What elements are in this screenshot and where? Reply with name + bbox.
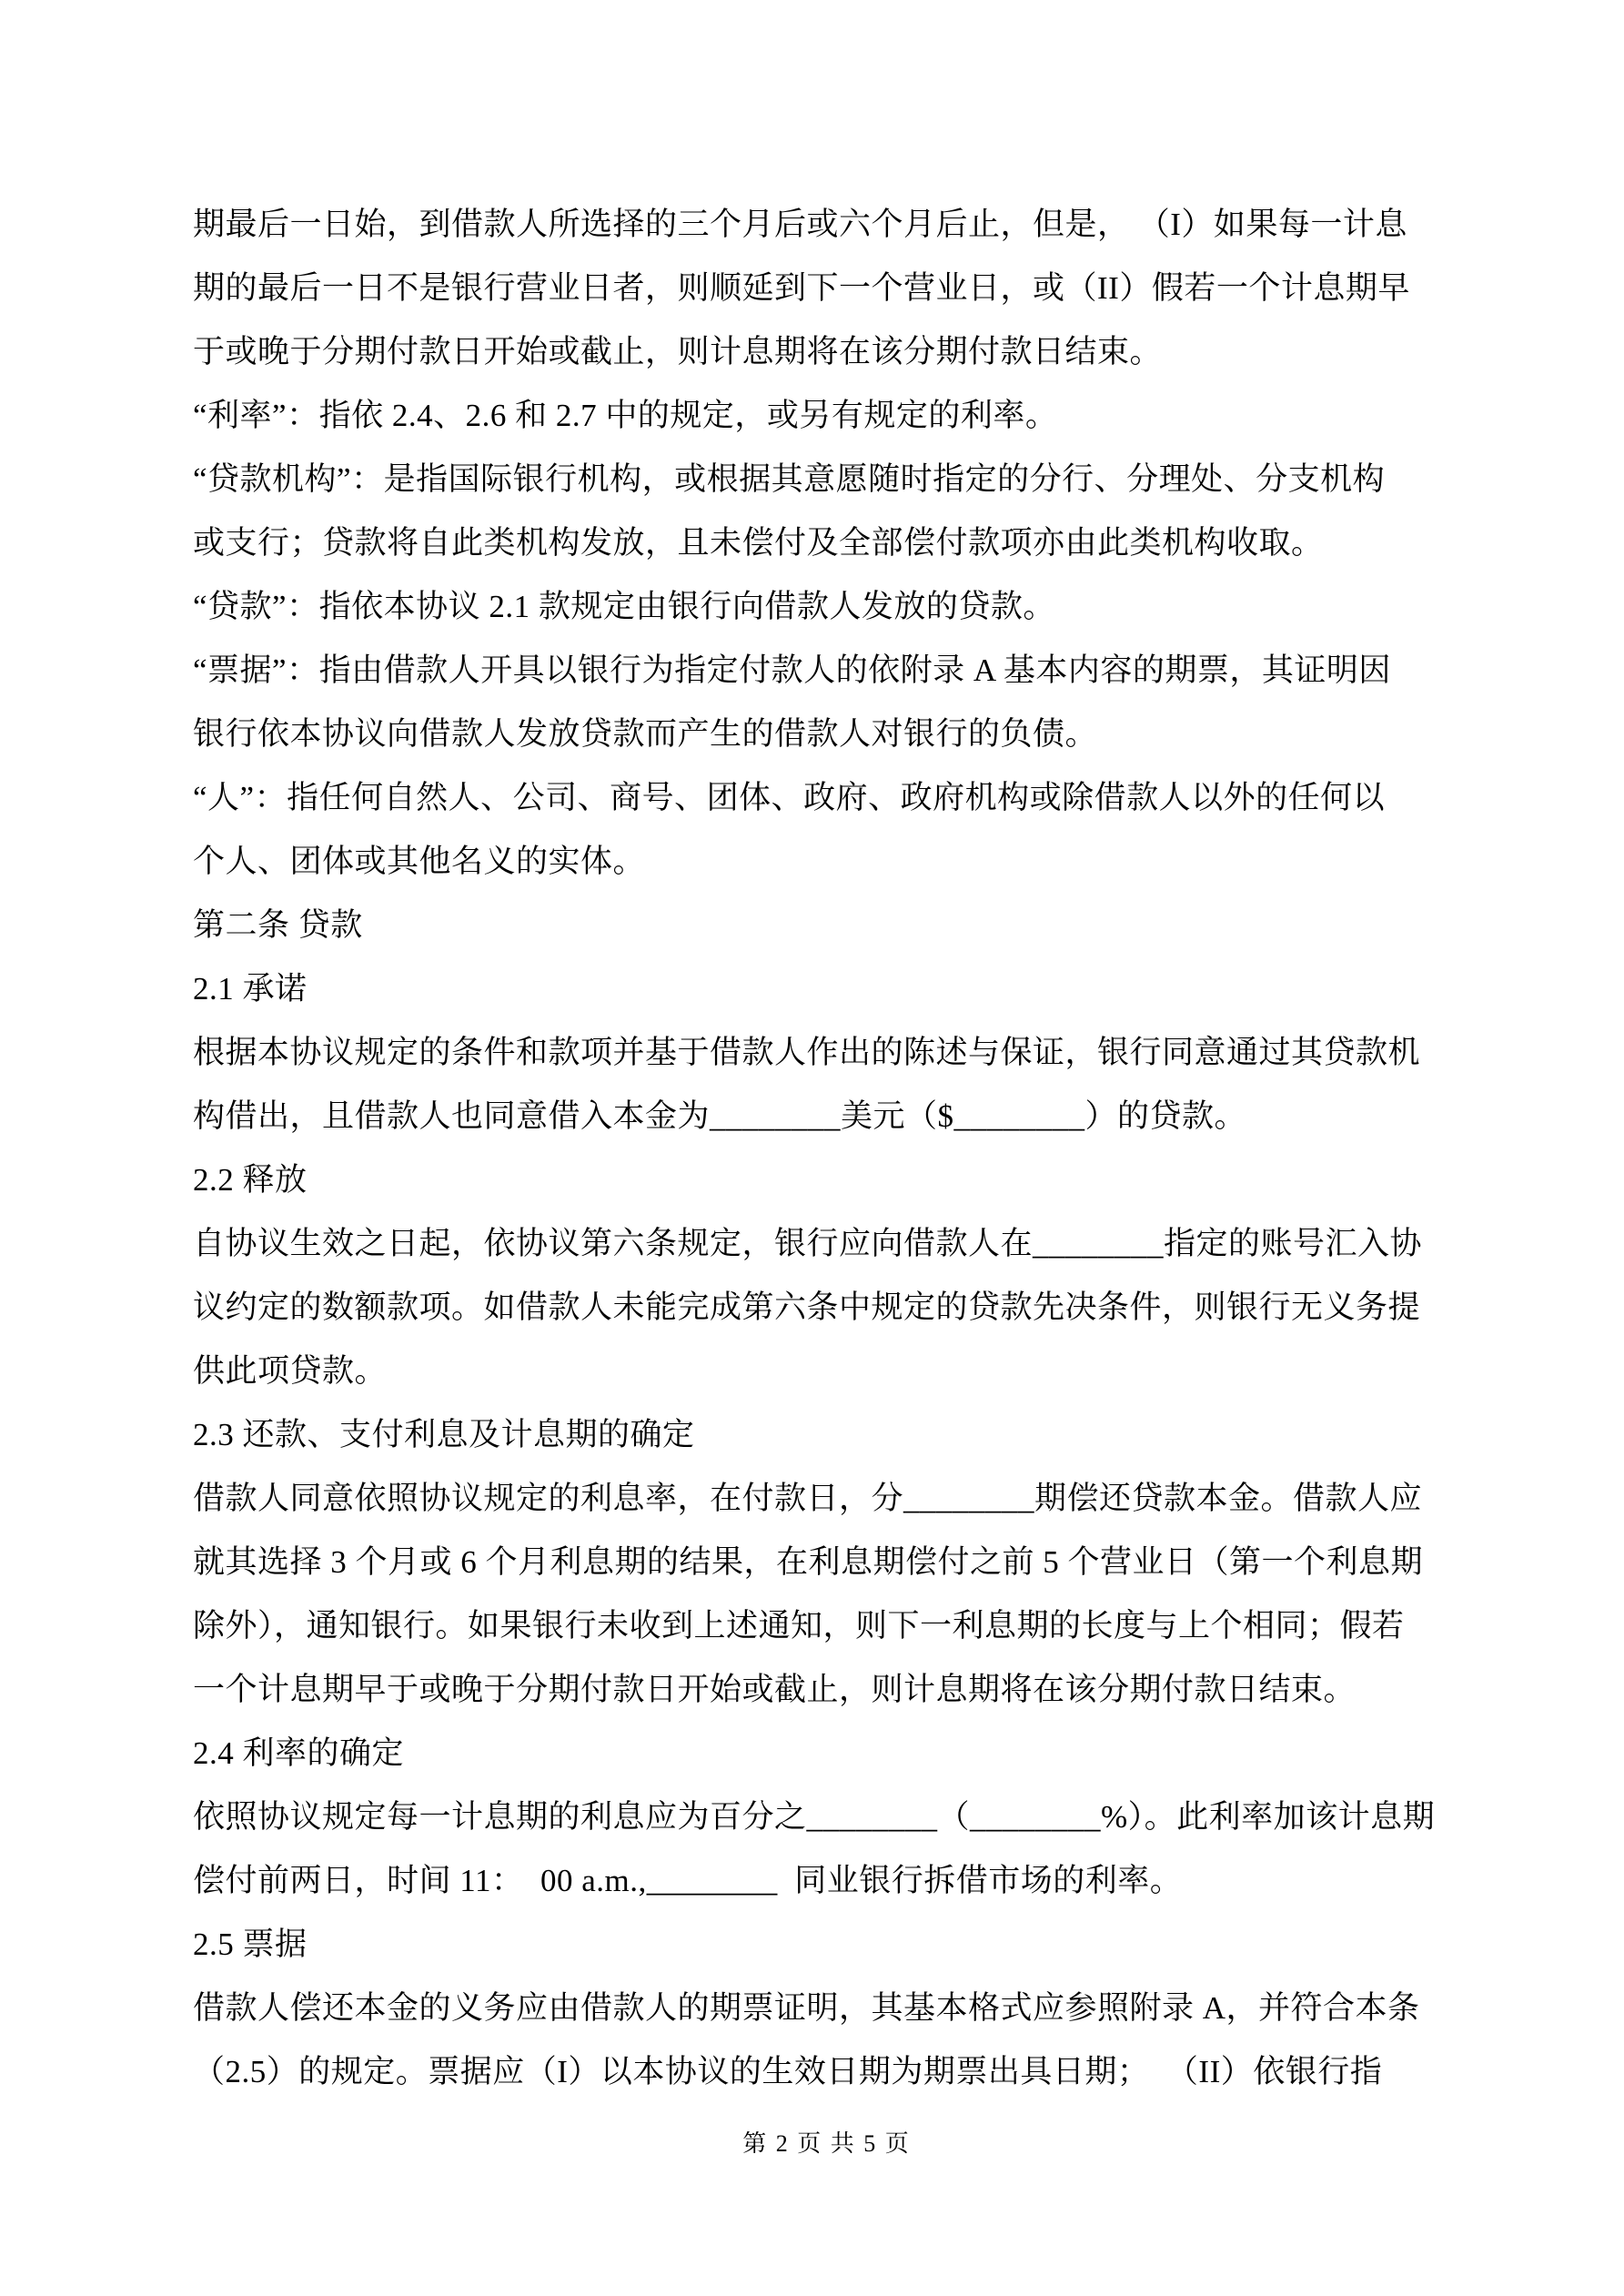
page-footer: 第 2 页 共 5 页: [193, 2131, 1460, 2156]
text-line: “票据”：指由借款人开具以银行为指定付款人的依附录 A 基本内容的期票，其证明因: [193, 639, 1460, 703]
section-heading: 2.3 还款、支付利息及计息期的确定: [193, 1403, 1460, 1467]
text-line-with-blank: 构借出，且借款人也同意借入本金为________美元（$________）的贷款…: [193, 1085, 1460, 1148]
text-line: 根据本协议规定的条件和款项并基于借款人作出的陈述与保证，银行同意通过其贷款机: [193, 1021, 1460, 1085]
text-line: 就其选择 3 个月或 6 个月利息期的结果，在利息期偿付之前 5 个营业日（第一…: [193, 1531, 1460, 1594]
text-line: 银行依本协议向借款人发放贷款而产生的借款人对银行的负债。: [193, 703, 1460, 766]
text-line: “贷款”：指依本协议 2.1 款规定由银行向借款人发放的贷款。: [193, 575, 1460, 639]
text-line: 一个计息期早于或晚于分期付款日开始或截止，则计息期将在该分期付款日结束。: [193, 1658, 1460, 1722]
text-line-with-blank: 偿付前两日，时间 11： 00 a.m.,________ 同业银行拆借市场的利…: [193, 1849, 1460, 1913]
text-line-with-blank: 自协议生效之日起，依协议第六条规定，银行应向借款人在________指定的账号汇…: [193, 1212, 1460, 1276]
document-page: 期最后一日始，到借款人所选择的三个月后或六个月后止，但是， （I）如果每一计息 …: [0, 0, 1624, 2296]
text-line: （2.5）的规定。票据应（I）以本协议的生效日期为期票出具日期； （II）依银行…: [193, 2040, 1460, 2104]
text-line: “人”：指任何自然人、公司、商号、团体、政府、政府机构或除借款人以外的任何以: [193, 766, 1460, 830]
section-heading: 2.2 释放: [193, 1148, 1460, 1212]
text-line: 供此项贷款。: [193, 1340, 1460, 1403]
text-line: 期的最后一日不是银行营业日者，则顺延到下一个营业日，或（II）假若一个计息期早: [193, 257, 1460, 320]
section-heading: 2.4 利率的确定: [193, 1722, 1460, 1785]
section-heading: 2.5 票据: [193, 1913, 1460, 1977]
text-line: 或支行；贷款将自此类机构发放，且未偿付及全部偿付款项亦由此类机构收取。: [193, 511, 1460, 575]
section-heading: 第二条 贷款: [193, 894, 1460, 957]
document-body: 期最后一日始，到借款人所选择的三个月后或六个月后止，但是， （I）如果每一计息 …: [193, 193, 1460, 2104]
text-line: 借款人偿还本金的义务应由借款人的期票证明，其基本格式应参照附录 A，并符合本条: [193, 1977, 1460, 2040]
text-line: 期最后一日始，到借款人所选择的三个月后或六个月后止，但是， （I）如果每一计息: [193, 193, 1460, 257]
text-line: “贷款机构”：是指国际银行机构，或根据其意愿随时指定的分行、分理处、分支机构: [193, 448, 1460, 511]
section-heading: 2.1 承诺: [193, 957, 1460, 1021]
text-line: 个人、团体或其他名义的实体。: [193, 830, 1460, 894]
text-line-with-blank: 借款人同意依照协议规定的利息率，在付款日，分________期偿还贷款本金。借款…: [193, 1467, 1460, 1531]
text-line: “利率”：指依 2.4、2.6 和 2.7 中的规定，或另有规定的利率。: [193, 384, 1460, 448]
text-line-with-blank: 依照协议规定每一计息期的利息应为百分之________（________%）。此…: [193, 1785, 1460, 1849]
text-line: 除外），通知银行。如果银行未收到上述通知，则下一利息期的长度与上个相同；假若: [193, 1594, 1460, 1658]
text-line: 于或晚于分期付款日开始或截止，则计息期将在该分期付款日结束。: [193, 320, 1460, 384]
text-line: 议约定的数额款项。如借款人未能完成第六条中规定的贷款先决条件，则银行无义务提: [193, 1276, 1460, 1340]
